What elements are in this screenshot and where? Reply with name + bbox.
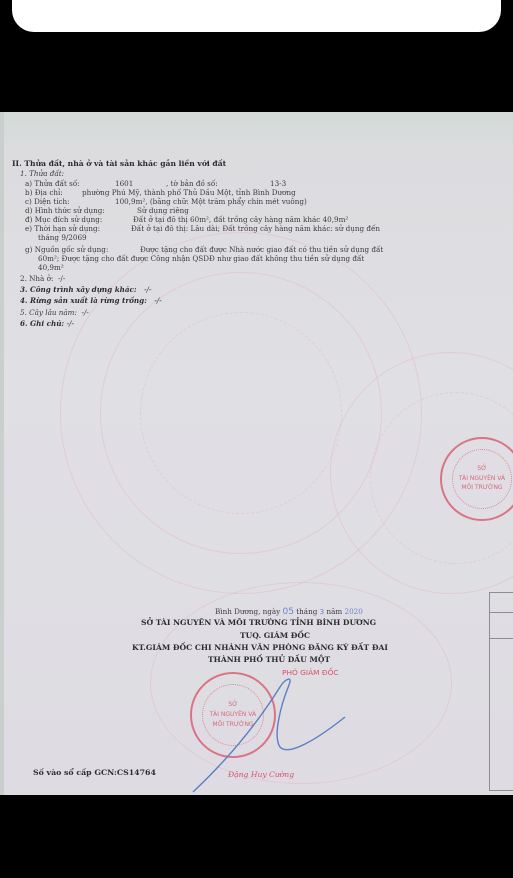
field-e-value: Đất ở tại đô thị: Lâu dài; Đất trồng cây… — [131, 224, 380, 233]
certificate-photo[interactable]: II. Thửa đất, nhà ở và tài sản khác gắn … — [0, 112, 513, 795]
field-g-value: Được tặng cho đất được Nhà nước giao đất… — [140, 245, 383, 254]
field-d-value: Sử dụng riêng — [137, 206, 189, 215]
field-a-value: 1601 — [115, 179, 133, 188]
field-g-value-cont: 60m²; Được tặng cho đất được Công nhận Q… — [38, 254, 364, 263]
field-c-label: c) Diện tích: — [25, 197, 70, 206]
official-stamp: SỞ TÀI NGUYÊN VÀ MÔI TRƯỜNG — [440, 437, 513, 521]
field-g-label: g) Nguồn gốc sử dụng: — [25, 245, 108, 254]
field-dd-value: Đất ở tại đô thị 60m², đất trồng cây hàn… — [133, 215, 348, 224]
margin-table-cell — [489, 592, 513, 613]
item-row: 4. Rừng sản xuất là rừng trồng: -/- — [20, 296, 162, 305]
field-e-value-cont: tháng 9/2069 — [38, 233, 87, 242]
field-b-label: b) Địa chỉ: — [25, 188, 63, 197]
signature-line-4: THÀNH PHỐ THỦ DẦU MỘT — [208, 655, 330, 664]
field-a-map-value: 13-3 — [270, 179, 286, 188]
field-e-label: e) Thời hạn sử dụng: — [25, 224, 100, 233]
signature-line-1: SỞ TÀI NGUYÊN VÀ MÔI TRƯỜNG TỈNH BÌNH DƯ… — [141, 618, 376, 627]
signer-name: Đặng Huy Cường — [228, 770, 294, 779]
item-row: 2. Nhà ở: -/- — [20, 274, 65, 283]
subsection-title: 1. Thửa đất: — [20, 169, 64, 178]
field-c-value: 100,9m², (bằng chữ: Một trăm phẩy chín m… — [115, 197, 307, 206]
signature-line-2: TUQ. GIÁM ĐỐC — [240, 631, 310, 640]
item-row: 5. Cây lâu năm: -/- — [20, 308, 89, 317]
signature-line-3: KT.GIÁM ĐỐC CHI NHÁNH VĂN PHÒNG ĐĂNG KÝ … — [132, 643, 388, 652]
field-a-label: a) Thửa đất số: — [25, 179, 80, 188]
field-b-value: phường Phú Mỹ, thành phố Thủ Dầu Một, tỉ… — [82, 188, 296, 197]
certificate-document: II. Thửa đất, nhà ở và tài sản khác gắn … — [0, 112, 513, 795]
registry-number: Số vào sổ cấp GCN:CS14764 — [33, 768, 156, 777]
item-row: 6. Ghi chú: -/- — [20, 319, 74, 328]
listing-header-bar: Bán 100.9m² -2 tỷ200tr — [12, 0, 501, 32]
field-d-label: d) Hình thức sử dụng: — [25, 206, 105, 215]
place-date: Bình Dương, ngày 05 tháng 3 năm 2020 — [215, 607, 363, 617]
field-dd-label: đ) Mục đích sử dụng: — [25, 215, 102, 224]
field-g-value-cont2: 40,9m² — [38, 263, 64, 272]
item-row: 3. Công trình xây dựng khác: -/- — [20, 285, 151, 294]
section-title: II. Thửa đất, nhà ở và tài sản khác gắn … — [12, 159, 226, 168]
field-a-map-label: , tờ bản đồ số: — [166, 179, 218, 188]
